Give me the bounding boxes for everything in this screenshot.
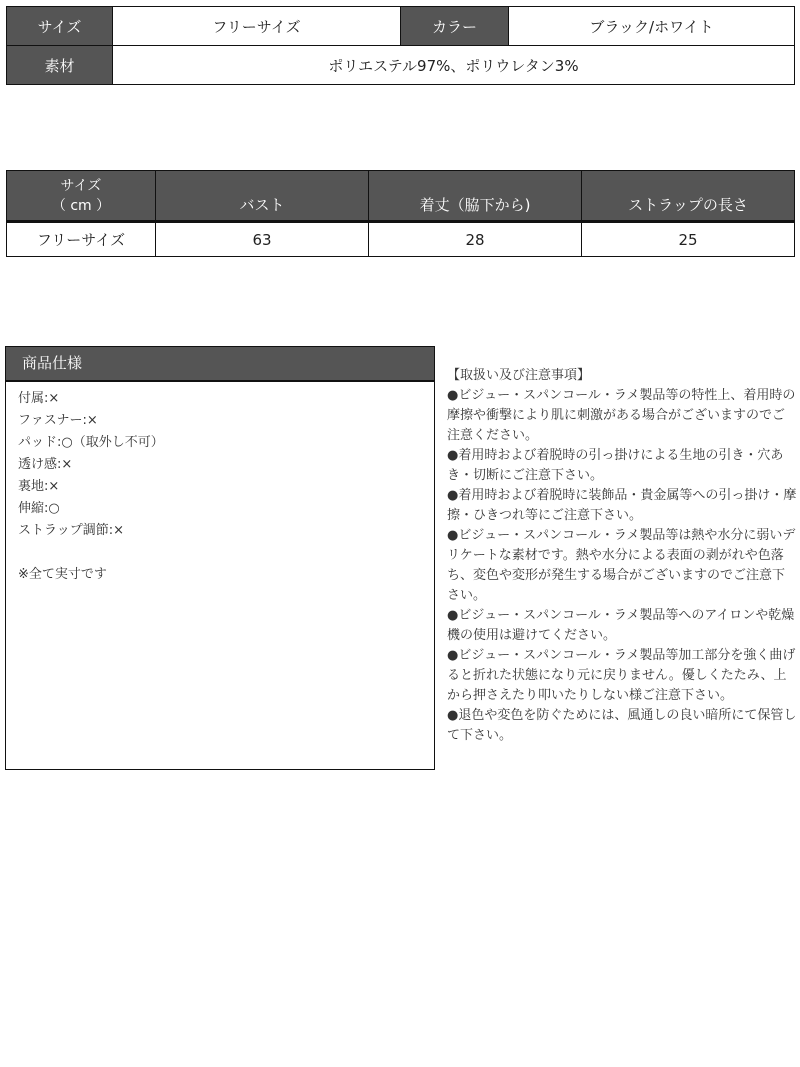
care-notes: 【取扱い及び注意事項】 ●ビジュー・スパンコール・ラメ製品等の特性上、着用時の摩…	[447, 366, 797, 746]
size-value: フリーサイズ	[113, 7, 401, 46]
spec-list: 付属:× ファスナー:× パッド:○（取外し不可） 透け感:× 裏地:× 伸縮:…	[6, 382, 434, 592]
header-size: サイズ （ cm ）	[7, 171, 156, 222]
spec-item-pad: パッド:○（取外し不可）	[18, 432, 422, 454]
spec-item-strap-adjust: ストラップ調節:×	[18, 520, 422, 542]
row-size: フリーサイズ	[7, 222, 156, 257]
header-size-label: サイズ	[7, 176, 155, 196]
material-label: 素材	[7, 46, 113, 85]
row-strap-length: 25	[582, 222, 795, 257]
spec-note-measurements: ※全て実寸です	[18, 564, 422, 586]
header-size-unit: （ cm ）	[7, 196, 155, 216]
care-note-item: ●退色や変色を防ぐためには、風通しの良い暗所にて保管して下さい。	[447, 706, 797, 746]
size-label: サイズ	[7, 7, 113, 46]
spec-item-sheerness: 透け感:×	[18, 454, 422, 476]
header-strap-length: ストラップの長さ	[582, 171, 795, 222]
color-value: ブラック/ホワイト	[509, 7, 795, 46]
row-length: 28	[369, 222, 582, 257]
care-note-item: ●ビジュー・スパンコール・ラメ製品等は熱や水分に弱いデリケートな素材です。熱や水…	[447, 526, 797, 606]
size-table-header: サイズ （ cm ） バスト 着丈（脇下から) ストラップの長さ	[7, 171, 795, 222]
care-note-item: ●ビジュー・スパンコール・ラメ製品等加工部分を強く曲げると折れた状態になり元に戻…	[447, 646, 797, 706]
basic-info-table: サイズ フリーサイズ カラー ブラック/ホワイト 素材 ポリエステル97%、ポリ…	[6, 6, 795, 85]
spec-item-fastener: ファスナー:×	[18, 410, 422, 432]
spec-item-lining: 裏地:×	[18, 476, 422, 498]
table-row: 素材 ポリエステル97%、ポリウレタン3%	[7, 46, 795, 85]
spec-item-stretch: 伸縮:○	[18, 498, 422, 520]
header-bust: バスト	[156, 171, 369, 222]
material-value: ポリエステル97%、ポリウレタン3%	[113, 46, 795, 85]
care-note-item: ●着用時および着脱時の引っ掛けによる生地の引き・穴あき・切断にご注意下さい。	[447, 446, 797, 486]
care-note-item: ●着用時および着脱時に装飾品・貴金属等への引っ掛け・摩擦・ひきつれ等にご注意下さ…	[447, 486, 797, 526]
spec-title: 商品仕様	[6, 347, 434, 382]
care-note-item: ●ビジュー・スパンコール・ラメ製品等の特性上、着用時の摩擦や衝撃により肌に刺激が…	[447, 386, 797, 446]
size-table: サイズ （ cm ） バスト 着丈（脇下から) ストラップの長さ フリーサイズ …	[6, 170, 795, 257]
color-label: カラー	[401, 7, 509, 46]
spec-spacer	[18, 542, 422, 564]
care-notes-title: 【取扱い及び注意事項】	[447, 366, 797, 386]
header-length: 着丈（脇下から)	[369, 171, 582, 222]
table-row: フリーサイズ 63 28 25	[7, 222, 795, 257]
table-row: サイズ フリーサイズ カラー ブラック/ホワイト	[7, 7, 795, 46]
care-note-item: ●ビジュー・スパンコール・ラメ製品等へのアイロンや乾燥機の使用は避けてください。	[447, 606, 797, 646]
product-spec-box: 商品仕様 付属:× ファスナー:× パッド:○（取外し不可） 透け感:× 裏地:…	[5, 346, 435, 770]
spec-item-accessory: 付属:×	[18, 388, 422, 410]
row-bust: 63	[156, 222, 369, 257]
